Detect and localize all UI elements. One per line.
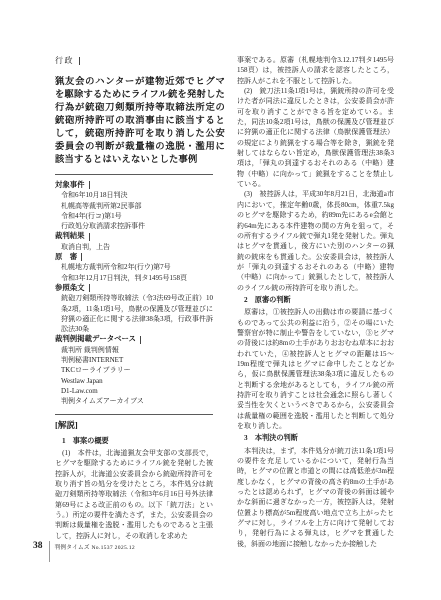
section-items: 札幌地方裁判所令和2年(行ウ)第7号 令和3年12月17日判決，判タ1495号1… bbox=[55, 262, 213, 283]
journal-page: 行政 猟友会のハンターが建物近郊でヒグマを駆除するためにライフル銃を発射した行為… bbox=[0, 0, 441, 600]
divider-rule bbox=[55, 174, 213, 175]
section-label: 裁判例掲載データベース bbox=[55, 334, 213, 344]
section-result: 裁判結果 取消自判，上告 bbox=[55, 231, 213, 252]
page-number: 38 bbox=[33, 540, 43, 552]
section-target-case: 対象事件 令和6年10月18日判決 札幌高等裁判所第2民事部 令和4年(行コ)第… bbox=[55, 180, 213, 231]
category-header: 行政 bbox=[55, 55, 213, 66]
section-label-text: 対象事件 bbox=[55, 180, 85, 190]
divider-rule bbox=[55, 414, 213, 415]
section-label: 原 審 bbox=[55, 252, 213, 262]
section-label-text: 裁判結果 bbox=[55, 231, 85, 241]
case-title: 猟友会のハンターが建物近郊でヒグマを駆除するためにライフル銃を発射した行為が銃砲… bbox=[55, 76, 225, 167]
section-items: 銃砲刀剣類所持等取締法（令3法69号改正前）10条2項，11条1項1号，鳥獣の保… bbox=[55, 293, 213, 334]
case-detail-line: 取消自判，上告 bbox=[61, 242, 213, 252]
commentary-heading: [解説] bbox=[55, 420, 213, 431]
database-name: 判例タイムズアーカイブス bbox=[61, 396, 213, 406]
section-items: 令和6年10月18日判決 札幌高等裁判所第2民事部 令和4年(行コ)第1号 行政… bbox=[55, 190, 213, 231]
label-divider-bar bbox=[140, 336, 141, 344]
section-databases: 裁判例掲載データベース 裁判所 裁判例情報 判例秘書INTERNET TKCロー… bbox=[55, 334, 213, 406]
footer-divider-bar bbox=[49, 541, 50, 562]
body-paragraph-continuation: 事案である。原審（札幌地判令3.12.17判タ1495号158頁）は，被控訴人の… bbox=[237, 55, 394, 86]
right-column: 事案である。原審（札幌地判令3.12.17判タ1495号158頁）は，被控訴人の… bbox=[237, 55, 394, 549]
database-name: Westlaw Japan bbox=[61, 376, 213, 386]
section-items: 取消自判，上告 bbox=[55, 242, 213, 252]
database-name: D1-Law.com bbox=[61, 386, 213, 396]
section-label: 対象事件 bbox=[55, 180, 213, 190]
case-detail-line: 札幌高等裁判所第2民事部 bbox=[61, 201, 213, 211]
case-detail-line: 令和6年10月18日判決 bbox=[61, 190, 213, 200]
section-label-text: 原 審 bbox=[55, 252, 77, 262]
commentary-paragraph: (1) 本件は，北海道猟友会甲支部の支部長で，ヒグマを駆除するためにライフル銃を… bbox=[55, 448, 213, 541]
label-divider-bar bbox=[89, 233, 90, 241]
section-label-text: 参照条文 bbox=[55, 283, 85, 293]
body-paragraph-4: 原審は，①被控訴人の出動は市の要請に基づくものであって公共の利益に沿う，②その場… bbox=[237, 307, 394, 431]
label-divider-bar bbox=[89, 181, 90, 189]
subsection-heading-1: 1 事案の概要 bbox=[55, 436, 213, 446]
database-name: 判例秘書INTERNET bbox=[61, 355, 213, 365]
body-paragraph-3: (3) 被控訴人は，平成30年8月21日，北海道a市内において，推定年齢0歳，体… bbox=[237, 189, 394, 292]
page-footer: 38 判例タイムズ No.1537 2025.12 bbox=[33, 540, 135, 562]
section-label: 裁判結果 bbox=[55, 231, 213, 241]
section-statutes: 参照条文 銃砲刀剣類所持等取締法（令3法69号改正前）10条2項，11条1項1号… bbox=[55, 283, 213, 334]
statute-reference: 銃砲刀剣類所持等取締法（令3法69号改正前）10条2項，11条1項1号，鳥獣の保… bbox=[61, 293, 213, 334]
database-name: 裁判所 裁判例情報 bbox=[61, 345, 213, 355]
section-items: 裁判所 裁判例情報 判例秘書INTERNET TKCローライブラリー Westl… bbox=[55, 345, 213, 407]
label-divider-bar bbox=[79, 57, 80, 65]
subsection-heading-3: 3 本判決の判断 bbox=[237, 433, 394, 443]
case-detail-line: 行政処分取消請求控訴事件 bbox=[61, 221, 213, 231]
category-label: 行政 bbox=[55, 55, 74, 66]
section-lower-court: 原 審 札幌地方裁判所令和2年(行ウ)第7号 令和3年12月17日判決，判タ14… bbox=[55, 252, 213, 283]
case-detail-line: 札幌地方裁判所令和2年(行ウ)第7号 bbox=[61, 262, 213, 272]
subsection-heading-2: 2 原審の判断 bbox=[237, 295, 394, 305]
label-divider-bar bbox=[89, 284, 90, 292]
body-paragraph-5: 本判決は，まず，本件処分が銃刀法11条1項1号の要件を充足しているかについて，発… bbox=[237, 446, 394, 549]
journal-info: 判例タイムズ No.1537 2025.12 bbox=[55, 543, 135, 551]
label-divider-bar bbox=[81, 253, 82, 261]
left-column: 行政 猟友会のハンターが建物近郊でヒグマを駆除するためにライフル銃を発射した行為… bbox=[55, 55, 213, 541]
section-label-text: 裁判例掲載データベース bbox=[55, 334, 136, 344]
case-detail-line: 令和4年(行コ)第1号 bbox=[61, 211, 213, 221]
case-detail-line: 令和3年12月17日判決，判タ1495号158頁 bbox=[61, 273, 213, 283]
section-label: 参照条文 bbox=[55, 283, 213, 293]
database-name: TKCローライブラリー bbox=[61, 365, 213, 375]
body-paragraph-2: (2) 銃刀法11条1項1号は，猟銃所持の許可を受けた者が同法に違反したときは，… bbox=[237, 86, 394, 189]
